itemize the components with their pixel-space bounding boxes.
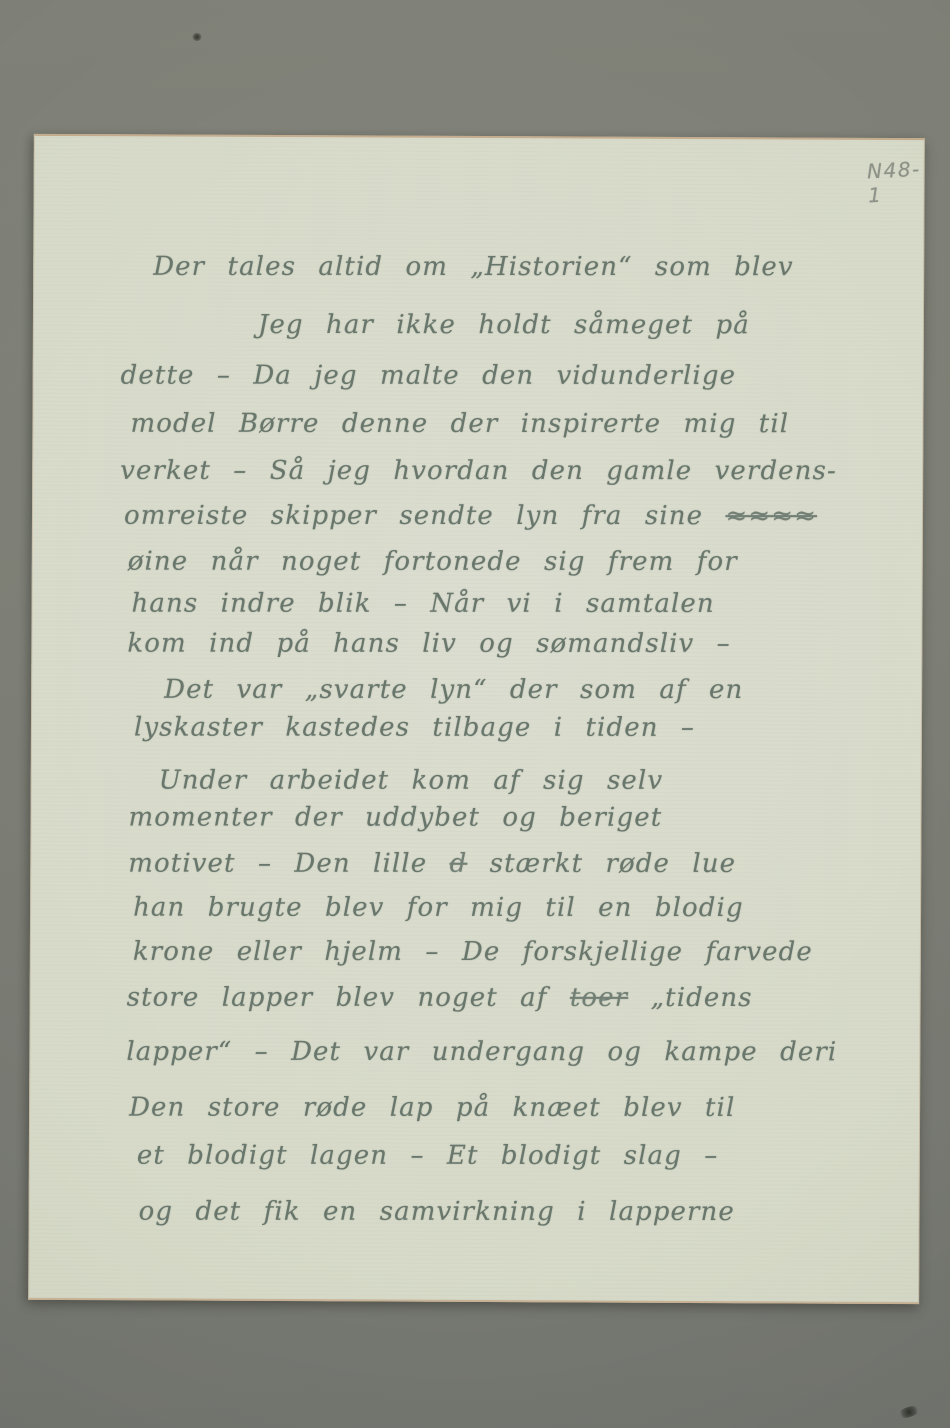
handwritten-text: stærkt røde lue: [467, 849, 736, 879]
manuscript-line-11: lyskaster kastedes tilbage i tiden –: [134, 711, 695, 745]
handwritten-text: Det var „svarte lyn“ der som af en: [164, 675, 743, 705]
handwritten-text: et blodigt lagen – Et blodigt slag –: [137, 1141, 718, 1171]
struck-out-text: ≈≈≈≈: [725, 501, 817, 531]
handwritten-text: Den store røde lap på knæet blev til: [129, 1093, 735, 1123]
manuscript-line-3: dette – Da jeg malte den vidunderlige: [121, 359, 736, 393]
handwritten-text: Jeg har ikke holdt såmeget på: [258, 310, 750, 340]
manuscript-lines: Der tales altid om „Historien“ som blevJ…: [29, 136, 924, 1302]
handwritten-text: Under arbeidet kom af sig selv: [159, 766, 663, 796]
handwritten-text: han brugte blev for mig til en blodig: [133, 893, 744, 923]
handwritten-text: omreiste skipper sendte lyn fra sine: [124, 501, 725, 531]
handwritten-text: hans indre blik – Når vi i samtalen: [132, 589, 715, 619]
manuscript-line-5: verket – Så jeg hvordan den gamle verden…: [120, 454, 837, 488]
manuscript-page: N48-1 Der tales altid om „Historien“ som…: [28, 134, 925, 1304]
manuscript-line-9: kom ind på hans liv og sømandsliv –: [127, 627, 730, 661]
manuscript-line-6: omreiste skipper sendte lyn fra sine ≈≈≈…: [124, 499, 817, 533]
manuscript-line-18: lapper“ – Det var undergang og kampe der…: [126, 1035, 837, 1069]
manuscript-line-21: og det fik en samvirkning i lapperne: [139, 1195, 735, 1229]
struck-out-text: d: [450, 849, 468, 879]
handwritten-text: og det fik en samvirkning i lapperne: [139, 1197, 735, 1227]
handwritten-text: kom ind på hans liv og sømandsliv –: [127, 629, 730, 659]
manuscript-line-10: Det var „svarte lyn“ der som af en: [164, 673, 743, 707]
photo-background: N48-1 Der tales altid om „Historien“ som…: [0, 0, 950, 1428]
handwritten-text: momenter der uddybet og beriget: [129, 802, 663, 832]
manuscript-line-20: et blodigt lagen – Et blodigt slag –: [137, 1139, 718, 1173]
handwritten-text: motivet – Den lille: [128, 849, 449, 879]
handwritten-text: „tidens: [628, 983, 752, 1013]
manuscript-line-16: krone eller hjelm – De forskjellige farv…: [133, 935, 813, 969]
struck-out-text: toer: [570, 983, 628, 1013]
manuscript-line-1: Der tales altid om „Historien“ som blev: [153, 250, 793, 284]
manuscript-line-8: hans indre blik – Når vi i samtalen: [132, 587, 715, 621]
handwritten-text: lyskaster kastedes tilbage i tiden –: [134, 713, 695, 743]
manuscript-line-2: Jeg har ikke holdt såmeget på: [258, 308, 750, 342]
manuscript-line-13: momenter der uddybet og beriget: [129, 800, 663, 834]
manuscript-line-4: model Børre denne der inspirerte mig til: [130, 407, 789, 441]
handwritten-text: krone eller hjelm – De forskjellige farv…: [133, 937, 813, 967]
handwritten-text: dette – Da jeg malte den vidunderlige: [121, 361, 736, 391]
handwritten-text: Der tales altid om „Historien“ som blev: [153, 252, 793, 282]
handwritten-text: lapper“ – Det var undergang og kampe der…: [126, 1037, 837, 1067]
manuscript-line-14: motivet – Den lille d stærkt røde lue: [128, 847, 736, 881]
manuscript-line-15: han brugte blev for mig til en blodig: [133, 891, 744, 925]
manuscript-line-7: øine når noget fortonede sig frem for: [128, 545, 738, 579]
manuscript-line-19: Den store røde lap på knæet blev til: [129, 1091, 735, 1125]
handwritten-text: verket – Så jeg hvordan den gamle verden…: [120, 456, 837, 486]
handwritten-text: model Børre denne der inspirerte mig til: [130, 409, 789, 439]
handwritten-text: store lapper blev noget af: [127, 983, 570, 1013]
manuscript-line-12: Under arbeidet kom af sig selv: [159, 764, 663, 798]
background-blemish: [897, 1404, 921, 1420]
manuscript-line-17: store lapper blev noget af toer „tidens: [127, 981, 753, 1015]
handwritten-text: øine når noget fortonede sig frem for: [128, 547, 738, 577]
background-blemish: [192, 33, 202, 41]
